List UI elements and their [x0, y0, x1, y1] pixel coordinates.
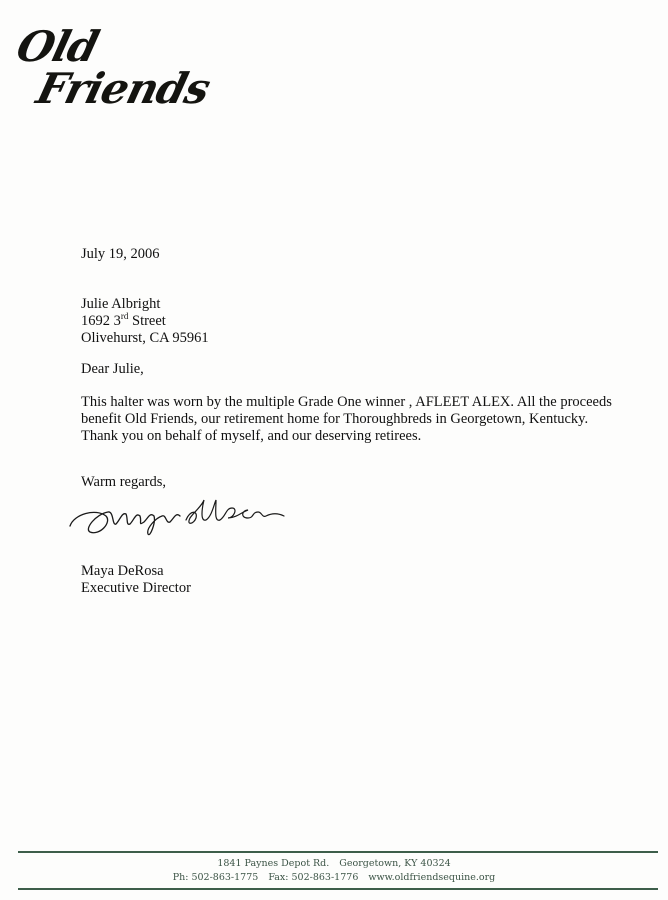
recipient-name: Julie Albright [81, 296, 209, 313]
handwritten-signature [66, 496, 306, 540]
street-number: 1692 3 [81, 313, 121, 329]
footer-website: www.oldfriendsequine.org [368, 872, 495, 883]
recipient-address: Julie Albright 1692 3rd Street Olivehurs… [81, 296, 209, 347]
letter-page: Old Friends July 19, 2006 Julie Albright… [0, 0, 668, 900]
signer-name: Maya DeRosa [81, 563, 191, 580]
recipient-street: 1692 3rd Street [81, 313, 209, 330]
signer-title: Executive Director [81, 580, 191, 597]
recipient-city-state-zip: Olivehurst, CA 95961 [81, 330, 209, 347]
street-name: Street [128, 313, 165, 329]
footer-city: Georgetown, KY 40324 [339, 858, 450, 869]
footer-contact-line: Ph: 502-863-1775Fax: 502-863-1776www.old… [0, 871, 668, 884]
footer-rule-top [18, 851, 658, 853]
salutation: Dear Julie, [81, 361, 144, 378]
letter-body: This halter was worn by the multiple Gra… [81, 394, 621, 445]
logo-line-friends: Friends [32, 64, 215, 113]
footer-address-line: 1841 Paynes Depot Rd.Georgetown, KY 4032… [0, 857, 668, 870]
closing: Warm regards, [81, 474, 166, 491]
old-friends-logo: Old Friends [10, 22, 180, 118]
signer-block: Maya DeRosa Executive Director [81, 563, 191, 597]
footer-street: 1841 Paynes Depot Rd. [217, 858, 329, 869]
footer-fax: Fax: 502-863-1776 [268, 872, 358, 883]
footer-phone: Ph: 502-863-1775 [173, 872, 259, 883]
letter-date: July 19, 2006 [81, 246, 160, 263]
footer-rule-bottom [18, 888, 658, 890]
